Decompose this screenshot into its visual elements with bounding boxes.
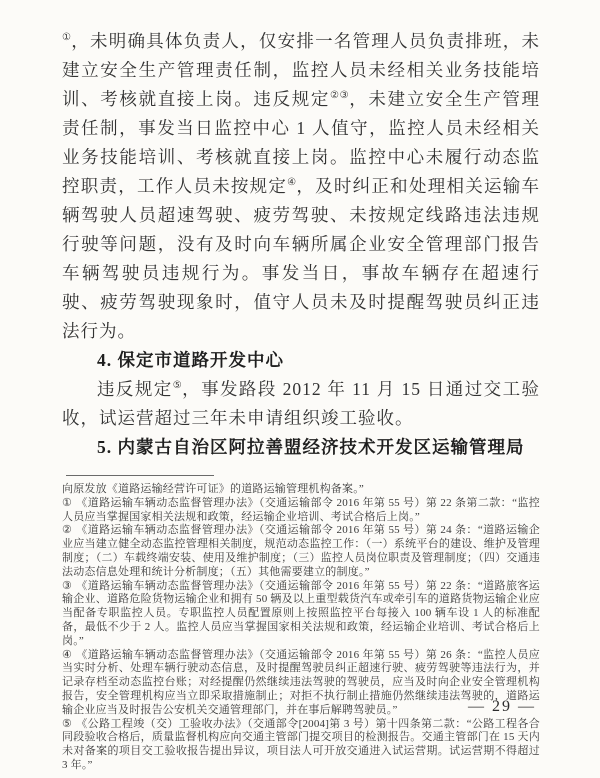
footnote-separator-line [66,475,214,476]
footnotes-block: 向原发放《道路运输经营许可证》的道路运输管理机构备案。” ①《道路运输车辆动态监… [62,475,540,773]
paragraph-section-4: 违反规定⑤，事发路段 2012 年 11 月 15 日通过交工验收，试运营超过三… [62,375,540,433]
text-segment: ，及时纠正和处理相关运输车辆驾驶人员超速驾驶、疲劳驾驶、未按规定线路违法违规行驶… [62,176,540,341]
footnote-item-1: ①《道路运输车辆动态监督管理办法》（交通运输部令 2016 年第 55 号）第 … [62,497,540,525]
footnote-ref-1: ① [62,32,71,43]
section-heading-4: 4. 保定市道路开发中心 [62,346,540,375]
footnote-item-5: ⑤《公路工程竣（交）工验收办法》（交通部令[2004]第 3 号）第十四条第二款… [62,718,540,773]
footnote-ref-4: ④ [287,177,296,188]
section-heading-5: 5. 内蒙古自治区阿拉善盟经济技术开发区运输管理局 [62,433,540,462]
footnote-ref-5: ⑤ [173,380,182,391]
text-segment: 违反规定 [97,379,173,399]
paragraph-continuation: ①，未明确具体负责人，仅安排一名管理人员负责排班，未建立安全生产管理责任制，监控… [62,27,540,346]
footnote-ref-2-3: ②③ [330,90,349,101]
footnote-marker: ⑤ [62,718,72,730]
footnote-text: 《道路运输车辆动态监督管理办法》（交通运输部令 2016 年第 55 号）第 2… [62,524,540,577]
footnote-marker: ② [62,524,72,536]
footnote-text: 《公路工程竣（交）工验收办法》（交通部令[2004]第 3 号）第十四条第二款：… [62,718,540,771]
footnote-text: 《道路运输车辆动态监督管理办法》（交通运输部令 2016 年第 55 号）第 2… [62,497,540,523]
footnote-item-3: ③《道路运输车辆动态监督管理办法》（交通运输部令 2016 年第 55 号）第 … [62,580,540,649]
footnote-continuation: 向原发放《道路运输经营许可证》的道路运输管理机构备案。” [62,483,540,497]
footnote-marker: ① [62,497,72,509]
document-page: ①，未明确具体负责人，仅安排一名管理人员负责排班，未建立安全生产管理责任制，监控… [0,0,600,778]
page-number: — 29 — [468,698,536,716]
footnote-item-2: ②《道路运输车辆动态监督管理办法》（交通运输部令 2016 年第 55 号）第 … [62,524,540,579]
footnote-text: 《道路运输车辆动态监督管理办法》（交通运输部令 2016 年第 55 号）第 2… [62,580,540,647]
footnote-marker: ④ [62,649,72,661]
main-text-block: ①，未明确具体负责人，仅安排一名管理人员负责排班，未建立安全生产管理责任制，监控… [62,27,540,462]
footnote-marker: ③ [62,580,72,592]
